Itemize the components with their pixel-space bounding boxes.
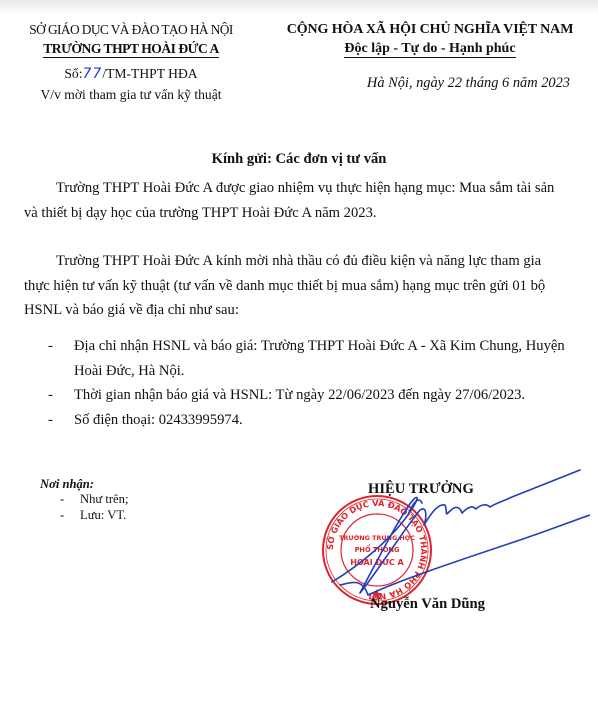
body-paragraph: Trường THPT Hoài Đức A kính mời nhà thầu… xyxy=(24,249,564,323)
list-item: -Số điện thoại: 02433995974. xyxy=(40,408,580,433)
bullet-dash: - xyxy=(60,491,64,507)
recipients-list: -Như trên; -Lưu: VT. xyxy=(60,491,128,523)
page-top-shadow xyxy=(0,0,598,14)
national-motto: Độc lập - Tự do - Hạnh phúc xyxy=(262,41,598,57)
national-title: CỘNG HÒA XÃ HỘI CHỦ NGHĨA VIỆT NAM xyxy=(262,22,598,38)
authority-name: SỞ GIÁO DỤC VÀ ĐÀO TẠO HÀ NỘI xyxy=(0,22,262,38)
bullet-dash: - xyxy=(48,334,53,359)
bullet-dash: - xyxy=(60,507,64,523)
handwritten-signature-icon xyxy=(320,465,590,610)
handwritten-number: 77 xyxy=(83,66,103,82)
bullet-dash: - xyxy=(48,408,53,433)
list-item: -Địa chỉ nhận HSNL và báo giá: Trường TH… xyxy=(40,334,580,383)
body-paragraph: Trường THPT Hoài Đức A được giao nhiệm v… xyxy=(24,176,564,225)
greeting: Kính gửi: Các đơn vị tư vấn xyxy=(0,151,598,168)
list-item: -Lưu: VT. xyxy=(60,507,128,523)
document-number: Số:77/TM-THPT HĐA xyxy=(0,66,262,82)
place-date: Hà Nội, ngày 22 tháng 6 năm 2023 xyxy=(367,75,570,92)
info-list: -Địa chỉ nhận HSNL và báo giá: Trường TH… xyxy=(40,334,580,432)
bullet-dash: - xyxy=(48,383,53,408)
list-item: -Như trên; xyxy=(60,491,128,507)
document-subject: V/v mời tham gia tư vấn kỹ thuật xyxy=(0,87,262,103)
recipients-title: Nơi nhận: xyxy=(40,477,94,492)
list-item: -Thời gian nhận báo giá và HSNL: Từ ngày… xyxy=(40,383,580,408)
school-name: TRƯỜNG THPT HOÀI ĐỨC A xyxy=(0,41,262,57)
